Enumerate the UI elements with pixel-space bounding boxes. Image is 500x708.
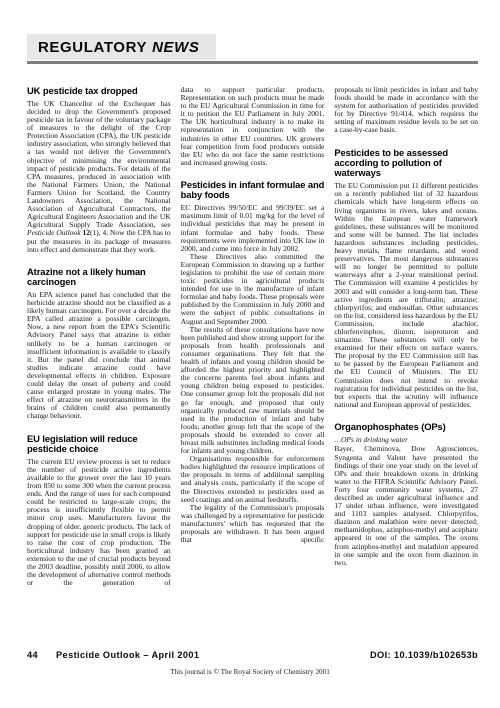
doi-label: DOI: 10.1039/b102653b [370, 650, 478, 660]
page-title-main: REGULATORY [38, 39, 147, 56]
article-heading-infant-formulae: Pesticides in infant formulae and baby f… [181, 180, 325, 201]
article-paragraph-infant-2: These Directives also committed the Euro… [181, 253, 325, 326]
journal-title-date: Pesticide Outlook – April 2001 [56, 650, 199, 660]
column-1: UK pesticide tax dropped The UK Chancell… [27, 86, 171, 644]
column-3: proposals to limit pesticides in infant … [334, 86, 478, 644]
article-paragraph-waterways: The EU Commission put 11 different pesti… [334, 182, 478, 409]
article-heading-waterways: Pesticides to be assessed according to p… [334, 148, 478, 179]
article-paragraph-infant-1: EC Directives 99/50/EC and 99/39/EC set … [181, 204, 325, 253]
article-heading-organophosphates: Organophosphates (OPs) [334, 422, 478, 432]
page-title: REGULATORYNEWS [38, 39, 199, 56]
article-paragraph-ops: Bayer, Cheminova, Dow Agrosciences, Syng… [334, 445, 478, 566]
article-paragraph-infant-3: The results of these consultations have … [181, 326, 325, 456]
article-subheading-ops-drinking-water: …OPs in drinking water [334, 436, 478, 445]
article-paragraph-eu-legislation: The current EU review process is set to … [27, 458, 171, 588]
copyright-notice: This journal is © The Royal Society of C… [0, 668, 500, 676]
article-heading-uk-pesticide-tax: UK pesticide tax dropped [27, 86, 171, 96]
article-paragraph-eu-legislation-continued: data to support particular products. Rep… [181, 86, 325, 167]
article-columns: UK pesticide tax dropped The UK Chancell… [27, 86, 478, 644]
header-divider [27, 61, 478, 64]
article-paragraph-infant-continued: proposals to limit pesticides in infant … [334, 86, 478, 135]
page-footer: 44 Pesticide Outlook – April 2001 DOI: 1… [27, 650, 478, 660]
article-paragraph-atrazine: An EPA science panel has concluded that … [27, 291, 171, 421]
article-paragraph-infant-4: Organisations responsible for enforcemen… [181, 455, 325, 504]
column-2: data to support particular products. Rep… [181, 86, 325, 644]
text-run: The UK Chancellor of the Exchequer has d… [27, 99, 171, 229]
page-title-accent: NEWS [152, 39, 199, 56]
article-paragraph-infant-5: The legality of the Commission's proposa… [181, 504, 325, 544]
page-number: 44 [27, 650, 38, 660]
article-heading-atrazine: Atrazine not a likely human carcinogen [27, 267, 171, 288]
journal-page: REGULATORYNEWS UK pesticide tax dropped … [0, 0, 500, 708]
article-heading-eu-legislation: EU legislation will reduce pesticide cho… [27, 434, 171, 455]
regulatory-news-banner: REGULATORYNEWS [27, 34, 216, 60]
article-paragraph-uk-pesticide-tax: The UK Chancellor of the Exchequer has d… [27, 100, 171, 254]
